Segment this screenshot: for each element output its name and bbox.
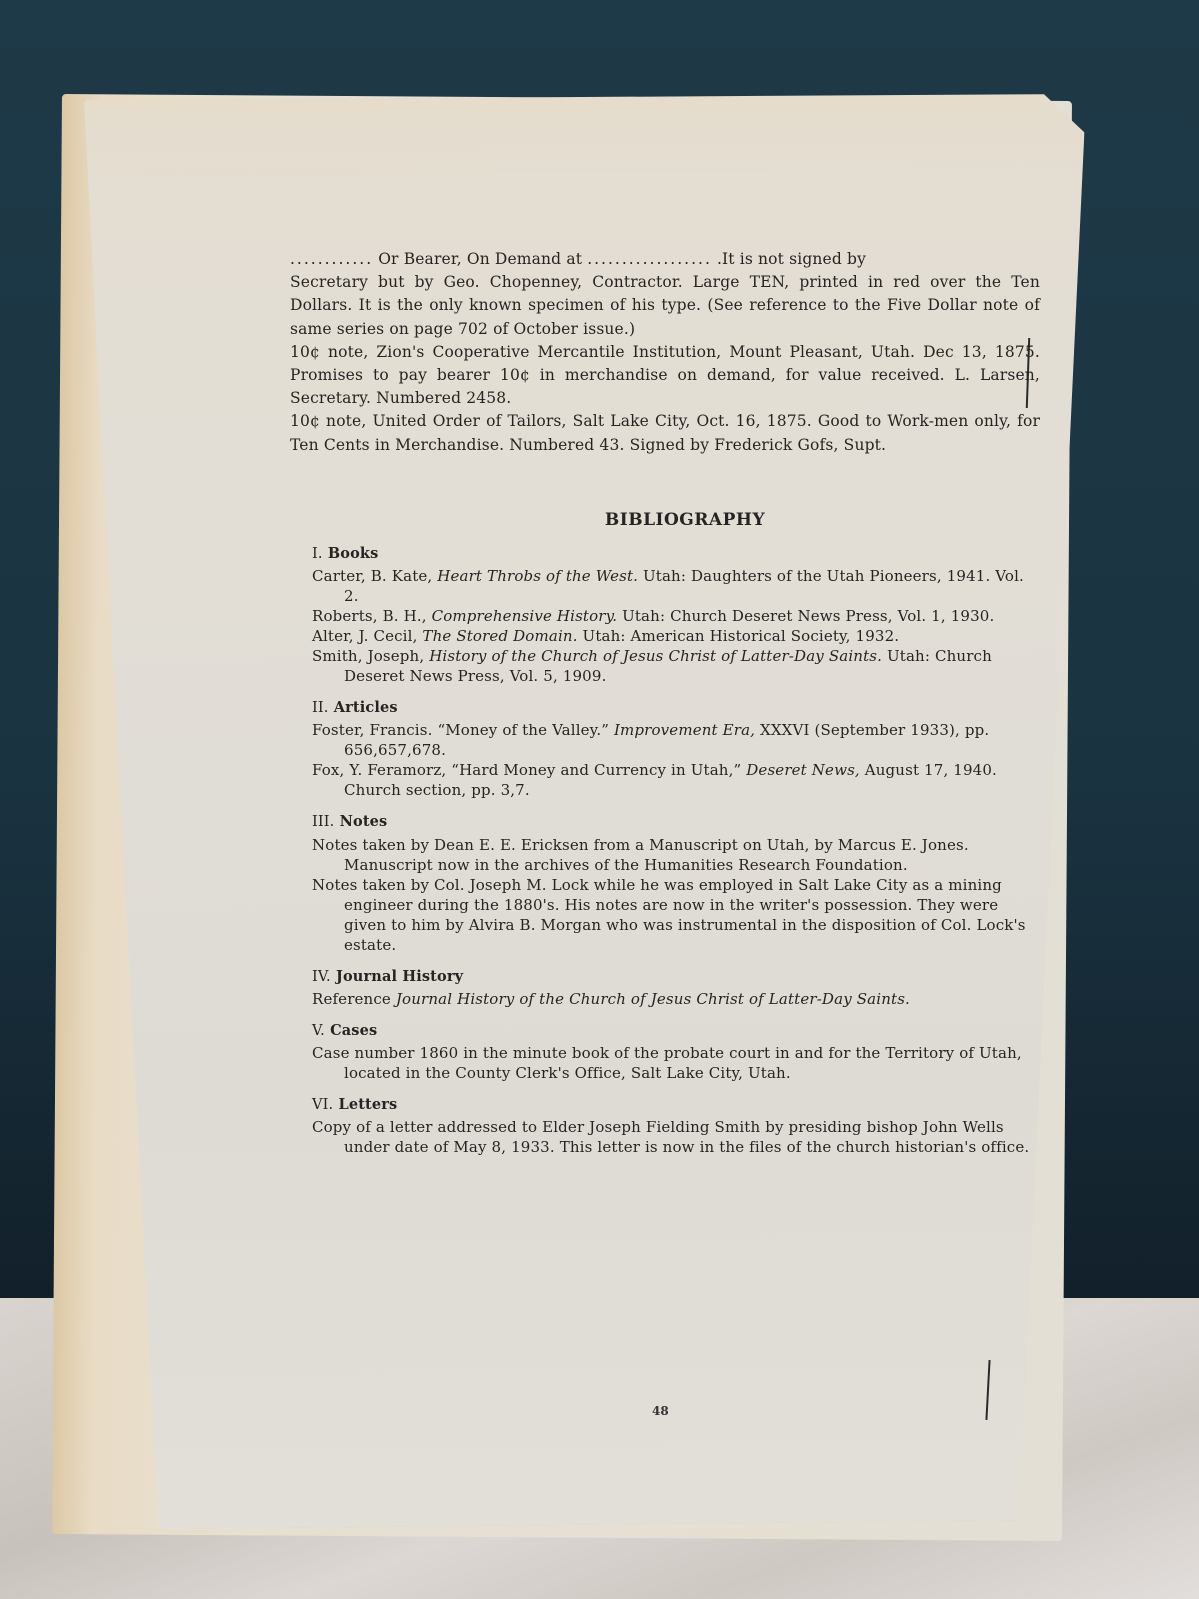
entry-title: History of the Church of Jesus Christ of… (429, 647, 882, 665)
bibliography-title: BIBLIOGRAPHY (330, 509, 1040, 532)
intro-text: ............ Or Bearer, On Demand at ...… (290, 248, 1040, 457)
bibliography-entry: Copy of a letter addressed to Elder Jose… (312, 1117, 1040, 1157)
intro-paragraph-1: Secretary but by Geo. Chopenney, Contrac… (290, 271, 1040, 341)
section-heading: II. Articles (312, 696, 1040, 720)
entry-text: Notes taken by Dean E. E. Ericksen from … (312, 836, 969, 874)
entry-title: Comprehensive History. (432, 607, 618, 625)
section-heading-text: Cases (330, 1022, 377, 1039)
section-heading: V. Cases (312, 1019, 1040, 1043)
bibliography-entry: Roberts, B. H., Comprehensive History. U… (312, 606, 1040, 626)
leader-dots: .................. (587, 250, 712, 268)
bibliography-section: V. CasesCase number 1860 in the minute b… (312, 1019, 1040, 1083)
bibliography-section: IV. Journal HistoryReference Journal His… (312, 965, 1040, 1009)
intro-paragraph-3: 10¢ note, United Order of Tailors, Salt … (290, 410, 1040, 456)
section-heading-text: Letters (338, 1096, 397, 1113)
entry-title: The Stored Domain. (422, 627, 577, 645)
section-heading: III. Notes (312, 810, 1040, 834)
bibliography-entry: Carter, B. Kate, Heart Throbs of the Wes… (312, 566, 1040, 606)
entry-text: Utah: American Historical Society, 1932. (578, 627, 900, 645)
section-numeral: IV. (312, 969, 331, 985)
bibliography-entry: Reference Journal History of the Church … (312, 989, 1040, 1009)
bibliography-section: III. NotesNotes taken by Dean E. E. Eric… (312, 810, 1040, 954)
intro-line-1: ............ Or Bearer, On Demand at ...… (290, 248, 1040, 271)
bibliography-entry: Notes taken by Col. Joseph M. Lock while… (312, 875, 1040, 955)
entry-text: Utah: Church Deseret News Press, Vol. 1,… (617, 607, 994, 625)
entry-text: Alter, J. Cecil, (312, 627, 422, 645)
bibliography-section: VI. LettersCopy of a letter addressed to… (312, 1093, 1040, 1157)
entry-text: Notes taken by Col. Joseph M. Lock while… (312, 876, 1026, 954)
section-numeral: II. (312, 700, 329, 716)
bibliography-section: I. BooksCarter, B. Kate, Heart Throbs of… (312, 542, 1040, 686)
bibliography-entry: Foster, Francis. “Money of the Valley.” … (312, 720, 1040, 760)
entry-text: Fox, Y. Feramorz, “Hard Money and Curren… (312, 761, 746, 779)
entry-text: Carter, B. Kate, (312, 567, 437, 585)
section-heading-text: Journal History (336, 968, 463, 985)
bibliography-entry: Alter, J. Cecil, The Stored Domain. Utah… (312, 626, 1040, 646)
bibliography-entry: Smith, Joseph, History of the Church of … (312, 646, 1040, 686)
intro-paragraph-2: 10¢ note, Zion's Cooperative Mercantile … (290, 341, 1040, 411)
section-heading-text: Notes (340, 813, 388, 830)
entry-text: Reference (312, 990, 396, 1008)
entry-text: Foster, Francis. “Money of the Valley.” (312, 721, 614, 739)
section-heading-text: Articles (334, 699, 398, 716)
section-numeral: V. (312, 1023, 325, 1039)
entry-text: Roberts, B. H., (312, 607, 432, 625)
section-heading: I. Books (312, 542, 1040, 566)
section-numeral: VI. (312, 1097, 333, 1113)
entry-title: Improvement Era, (614, 721, 755, 739)
section-heading: IV. Journal History (312, 965, 1040, 989)
entry-title: Journal History of the Church of Jesus C… (396, 990, 910, 1008)
bibliography-entry: Notes taken by Dean E. E. Ericksen from … (312, 835, 1040, 875)
bibliography-section: II. ArticlesFoster, Francis. “Money of t… (312, 696, 1040, 800)
section-heading-text: Books (328, 545, 379, 562)
section-numeral: III. (312, 814, 334, 830)
bibliography-entry: Fox, Y. Feramorz, “Hard Money and Curren… (312, 760, 1040, 800)
entry-title: Heart Throbs of the West. (437, 567, 638, 585)
entry-text: Case number 1860 in the minute book of t… (312, 1044, 1022, 1082)
entry-text: Copy of a letter addressed to Elder Jose… (312, 1118, 1029, 1156)
bibliography-entry: Case number 1860 in the minute book of t… (312, 1043, 1040, 1083)
entry-title: Deseret News, (746, 761, 860, 779)
leader-dots: ............ (290, 250, 373, 268)
intro-text-span: .It is not signed by (712, 250, 866, 268)
entry-text: Smith, Joseph, (312, 647, 429, 665)
page-number: 48 (652, 1404, 669, 1418)
intro-text-span: Or Bearer, On Demand at (373, 250, 587, 268)
page-content: ............ Or Bearer, On Demand at ...… (290, 248, 1040, 1157)
section-heading: VI. Letters (312, 1093, 1040, 1117)
bibliography-sections: I. BooksCarter, B. Kate, Heart Throbs of… (290, 542, 1040, 1157)
section-numeral: I. (312, 546, 323, 562)
